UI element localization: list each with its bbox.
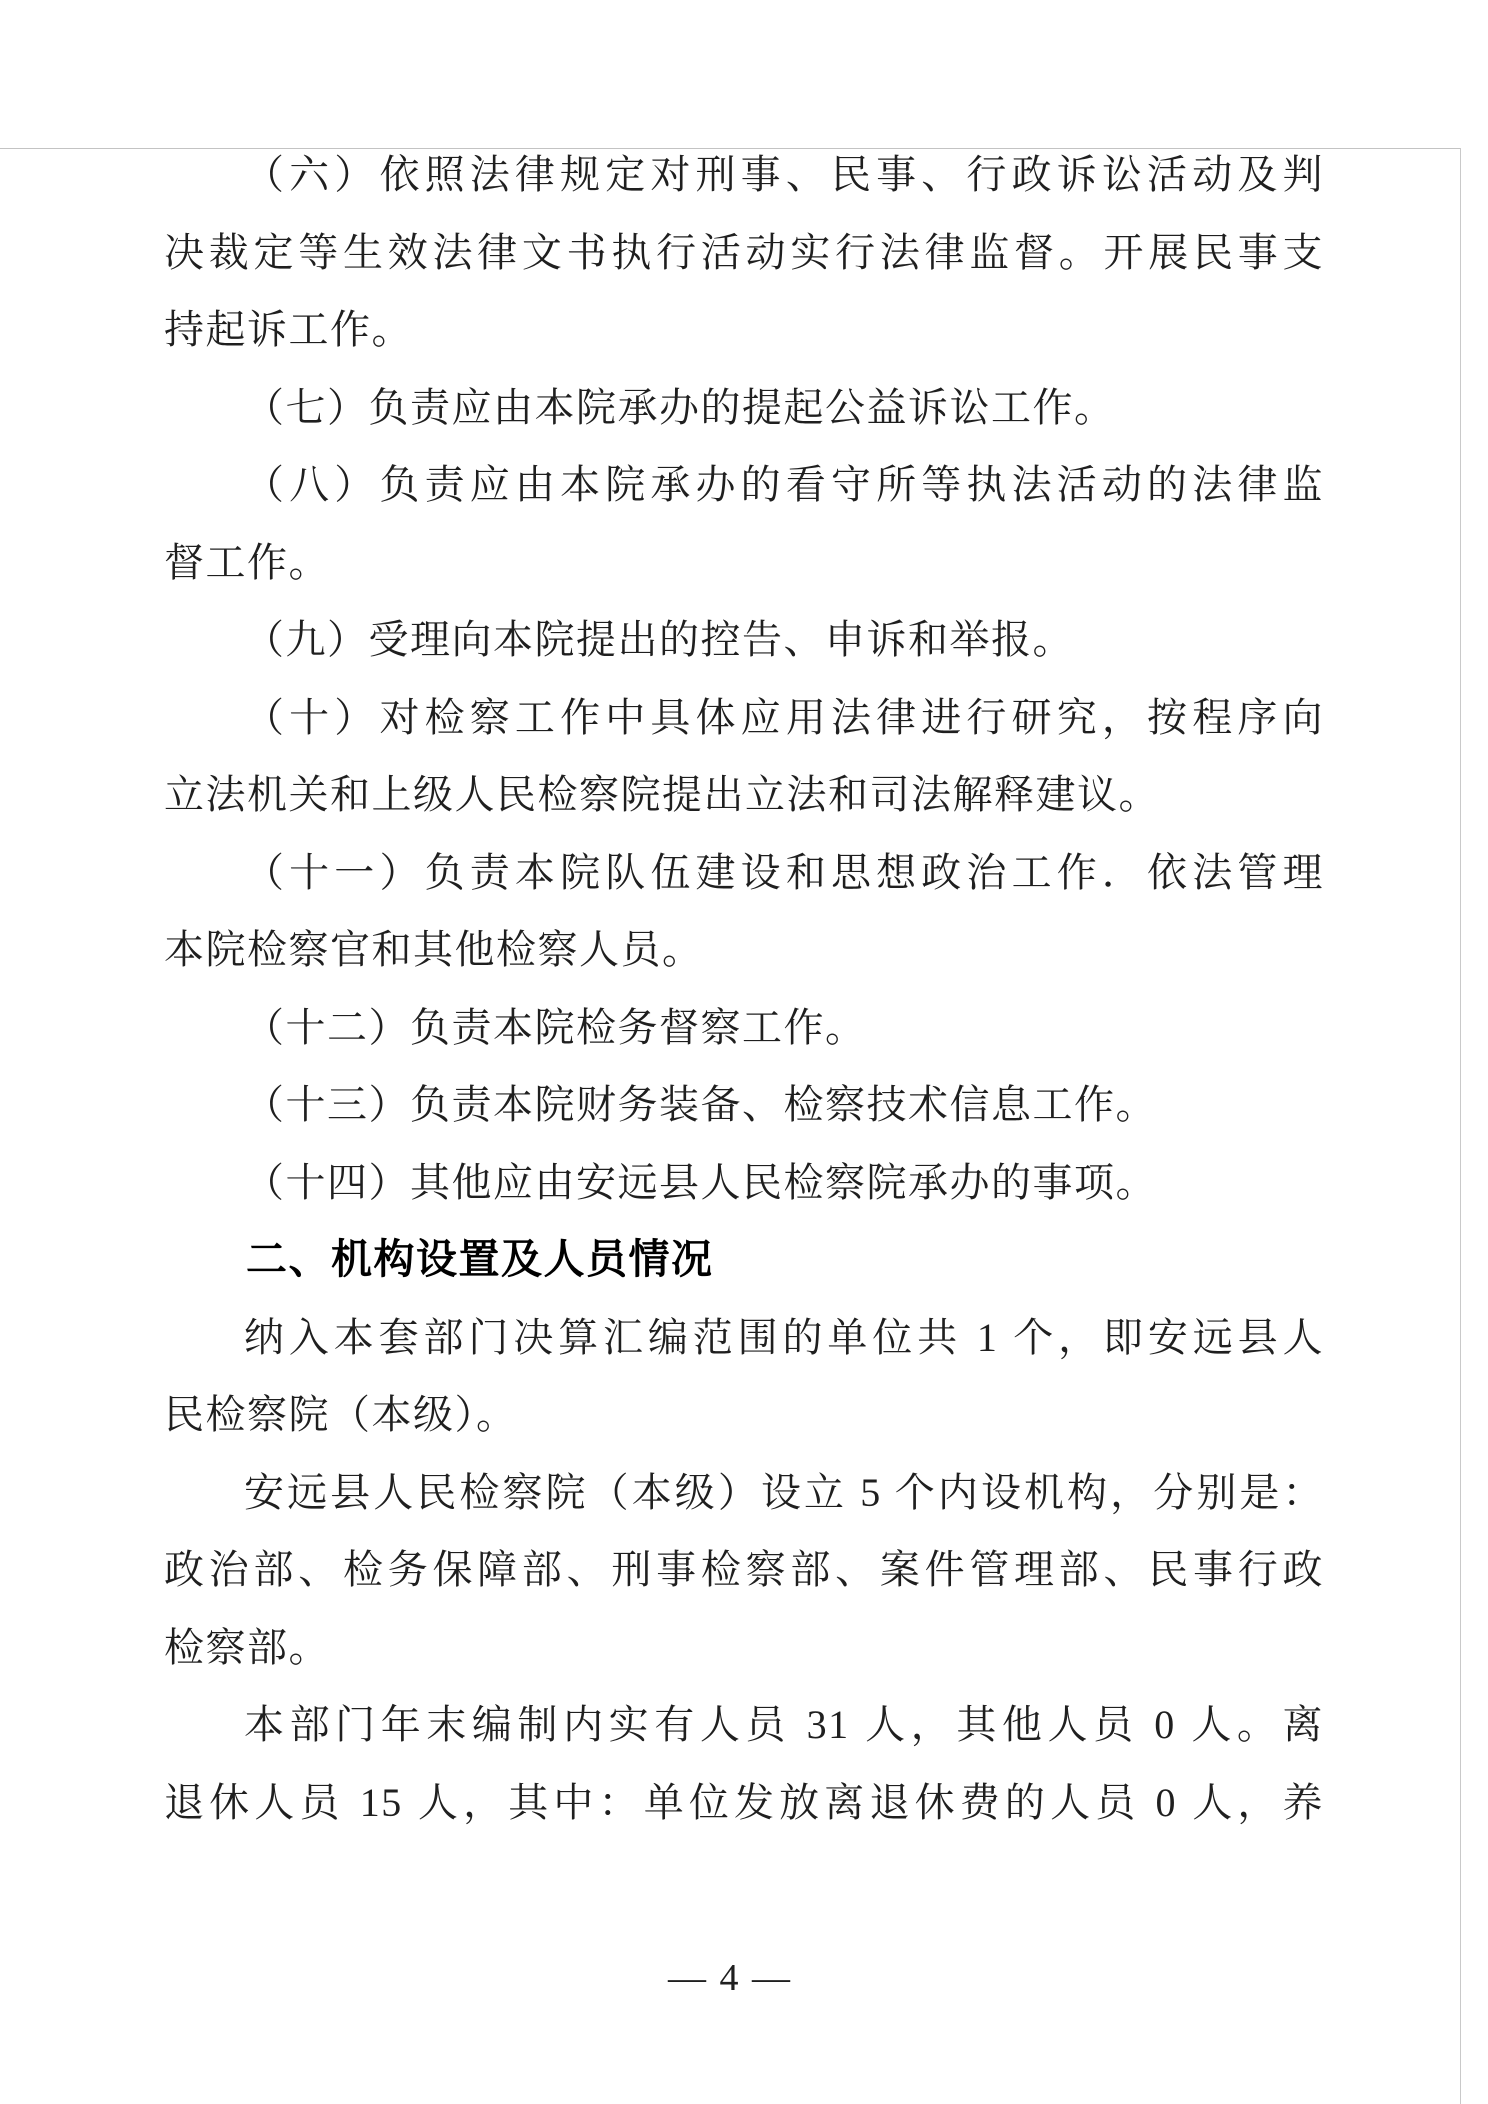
text-line: （十三）负责本院财务装备、检察技术信息工作。: [164, 1066, 1324, 1144]
text-line: （七）负责应由本院承办的提起公益诉讼工作。: [164, 369, 1324, 447]
text-line: 决裁定等生效法律文书执行活动实行法律监督。开展民事支: [164, 214, 1324, 292]
scan-edge-vertical-line: [1460, 148, 1461, 2104]
text-line: 本部门年末编制内实有人员 31 人，其他人员 0 人。离: [164, 1686, 1324, 1764]
text-line: （六）依照法律规定对刑事、民事、行政诉讼活动及判: [164, 136, 1324, 214]
text-line: （十一）负责本院队伍建设和思想政治工作．依法管理: [164, 834, 1324, 912]
text-line: （八）负责应由本院承办的看守所等执法活动的法律监: [164, 446, 1324, 524]
text-line: 政治部、检务保障部、刑事检察部、案件管理部、民事行政: [164, 1531, 1324, 1609]
paragraph: （十四）其他应由安远县人民检察院承办的事项。: [164, 1144, 1324, 1222]
paragraph: （十一）负责本院队伍建设和思想政治工作．依法管理本院检察官和其他检察人员。: [164, 834, 1324, 989]
text-line: 检察部。: [164, 1609, 1324, 1687]
heading-line: 二、机构设置及人员情况: [164, 1221, 1324, 1299]
paragraph: （十二）负责本院检务督察工作。: [164, 989, 1324, 1067]
paragraph: （十三）负责本院财务装备、检察技术信息工作。: [164, 1066, 1324, 1144]
document-page: （六）依照法律规定对刑事、民事、行政诉讼活动及判决裁定等生效法律文书执行活动实行…: [0, 0, 1488, 2104]
text-line: 督工作。: [164, 524, 1324, 602]
paragraph: （八）负责应由本院承办的看守所等执法活动的法律监督工作。: [164, 446, 1324, 601]
text-line: 退休人员 15 人，其中：单位发放离退休费的人员 0 人，养: [164, 1764, 1324, 1842]
text-line: （十四）其他应由安远县人民检察院承办的事项。: [164, 1144, 1324, 1222]
text-line: 持起诉工作。: [164, 291, 1324, 369]
paragraph: （六）依照法律规定对刑事、民事、行政诉讼活动及判决裁定等生效法律文书执行活动实行…: [164, 136, 1324, 369]
text-line: 安远县人民检察院（本级）设立 5 个内设机构，分别是：: [164, 1454, 1324, 1532]
text-line: （十二）负责本院检务督察工作。: [164, 989, 1324, 1067]
text-line: 纳入本套部门决算汇编范围的单位共 1 个，即安远县人: [164, 1299, 1324, 1377]
text-line: （九）受理向本院提出的控告、申诉和举报。: [164, 601, 1324, 679]
paragraph: （七）负责应由本院承办的提起公益诉讼工作。: [164, 369, 1324, 447]
paragraph: 纳入本套部门决算汇编范围的单位共 1 个，即安远县人民检察院（本级）。: [164, 1299, 1324, 1454]
paragraph: （十）对检察工作中具体应用法律进行研究，按程序向立法机关和上级人民检察院提出立法…: [164, 679, 1324, 834]
section-heading: 二、机构设置及人员情况: [164, 1221, 1324, 1299]
paragraph: 安远县人民检察院（本级）设立 5 个内设机构，分别是：政治部、检务保障部、刑事检…: [164, 1454, 1324, 1687]
document-content: （六）依照法律规定对刑事、民事、行政诉讼活动及判决裁定等生效法律文书执行活动实行…: [164, 136, 1324, 1841]
paragraph: （九）受理向本院提出的控告、申诉和举报。: [164, 601, 1324, 679]
page-number: — 4 —: [0, 1956, 1460, 2000]
text-line: （十）对检察工作中具体应用法律进行研究，按程序向: [164, 679, 1324, 757]
text-line: 民检察院（本级）。: [164, 1376, 1324, 1454]
text-line: 本院检察官和其他检察人员。: [164, 911, 1324, 989]
text-line: 立法机关和上级人民检察院提出立法和司法解释建议。: [164, 756, 1324, 834]
paragraph: 本部门年末编制内实有人员 31 人，其他人员 0 人。离退休人员 15 人，其中…: [164, 1686, 1324, 1841]
